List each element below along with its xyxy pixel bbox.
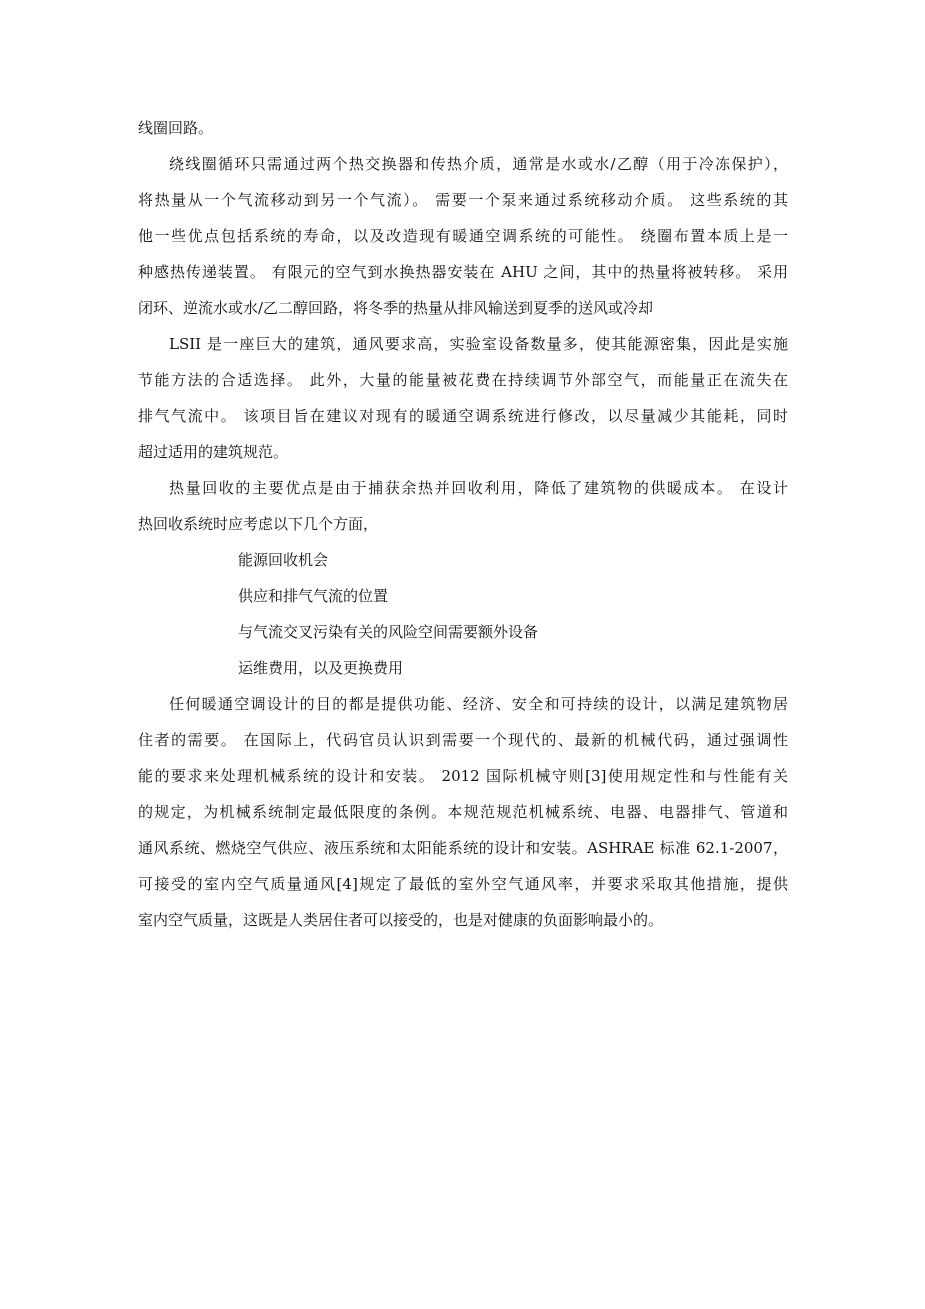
list-item: 与气流交叉污染有关的风险空间需要额外设备 bbox=[138, 618, 788, 654]
paragraph-line: 热量回收的主要优点是由于捕获余热并回收利用，降低了建筑物的供暖成本。 在设计 bbox=[138, 474, 788, 510]
list-item: 能源回收机会 bbox=[138, 546, 788, 582]
paragraph-line: 节能方法的合适选择。 此外，大量的能量被花费在持续调节外部空气，而能量正在流失在 bbox=[138, 366, 788, 402]
list-item: 供应和排气气流的位置 bbox=[138, 582, 788, 618]
paragraph-line: 他一些优点包括系统的寿命，以及改造现有暖通空调系统的可能性。 绕圈布置本质上是一 bbox=[138, 222, 788, 258]
paragraph-line: 绕线圈循环只需通过两个热交换器和传热介质，通常是水或水/乙醇（用于冷冻保护）， bbox=[138, 150, 788, 186]
paragraph-line: 的规定，为机械系统制定最低限度的条例。本规范规范机械系统、电器、电器排气、管道和 bbox=[138, 798, 788, 834]
paragraph-line: 热回收系统时应考虑以下几个方面， bbox=[138, 510, 788, 546]
paragraph-line: 排气气流中。 该项目旨在建议对现有的暖通空调系统进行修改，以尽量减少其能耗，同时 bbox=[138, 402, 788, 438]
paragraph-line: 室内空气质量，这既是人类居住者可以接受的，也是对健康的负面影响最小的。 bbox=[138, 906, 788, 942]
paragraph-line: 将热量从一个气流移动到另一个气流）。 需要一个泵来通过系统移动介质。 这些系统的… bbox=[138, 186, 788, 222]
paragraph-line: 种感热传递装置。 有限元的空气到水换热器安装在 AHU 之间，其中的热量将被转移… bbox=[138, 258, 788, 294]
paragraph-line: 通风系统、燃烧空气供应、液压系统和太阳能系统的设计和安装。ASHRAE 标准 6… bbox=[138, 834, 788, 870]
document-page: 线圈回路。 绕线圈循环只需通过两个热交换器和传热介质，通常是水或水/乙醇（用于冷… bbox=[138, 114, 788, 942]
paragraph-line: 可接受的室内空气质量通风[4]规定了最低的室外空气通风率，并要求采取其他措施，提… bbox=[138, 870, 788, 906]
paragraph-line: 能的要求来处理机械系统的设计和安装。 2012 国际机械守则[3]使用规定性和与… bbox=[138, 762, 788, 798]
paragraph-line: 住者的需要。 在国际上，代码官员认识到需要一个现代的、最新的机械代码，通过强调性 bbox=[138, 726, 788, 762]
paragraph-line: 闭环、逆流水或水/乙二醇回路，将冬季的热量从排风输送到夏季的送风或冷却 bbox=[138, 294, 788, 330]
paragraph-line: 线圈回路。 bbox=[138, 114, 788, 150]
paragraph-line: 超过适用的建筑规范。 bbox=[138, 438, 788, 474]
list-item: 运维费用，以及更换费用 bbox=[138, 654, 788, 690]
paragraph-line: LSII 是一座巨大的建筑，通风要求高，实验室设备数量多，使其能源密集，因此是实… bbox=[138, 330, 788, 366]
paragraph-line: 任何暖通空调设计的目的都是提供功能、经济、安全和可持续的设计，以满足建筑物居 bbox=[138, 690, 788, 726]
